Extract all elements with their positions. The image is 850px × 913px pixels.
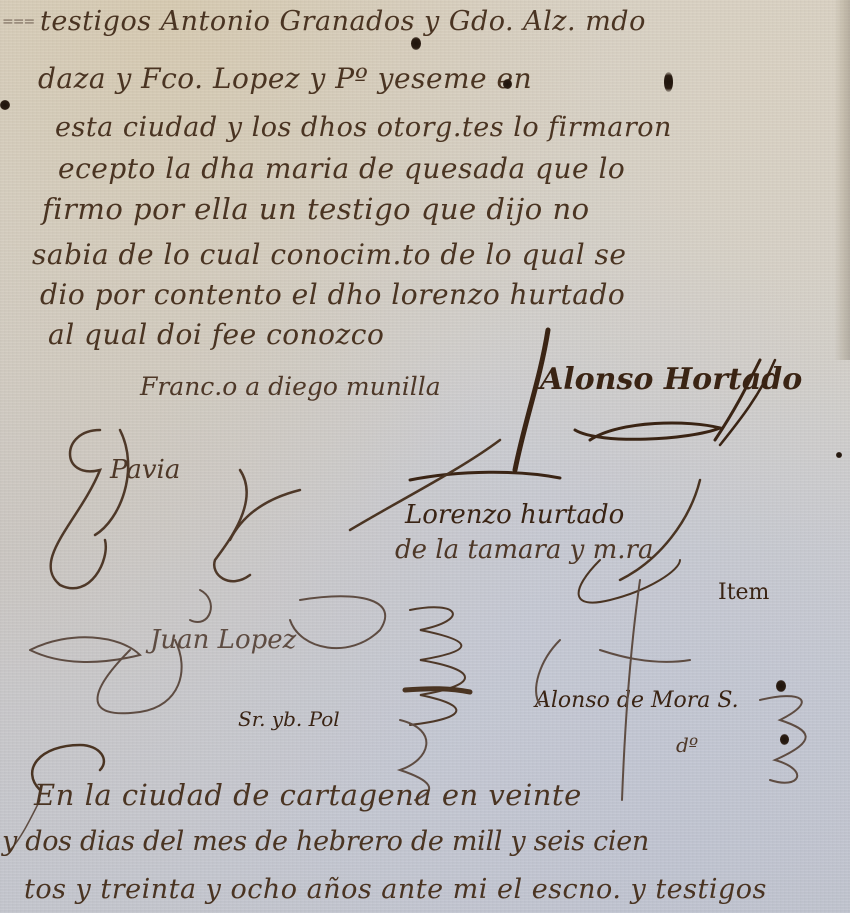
signature-diego-munilla: Franc.o a diego munilla — [140, 372, 441, 401]
signature-small: Sr. yb. Pol — [238, 707, 340, 731]
signature-juan-lopez: Juan Lopez — [150, 625, 296, 655]
body-line-1: testigos Antonio Granados y Gdo. Alz. md… — [40, 6, 646, 37]
closing-line-2: y dos dias del mes de hebrero de mill y … — [2, 826, 649, 857]
body-line-4: ecepto la dha maria de quesada que lo — [58, 152, 625, 185]
signature-alonso-de-mora: Alonso de Mora S. — [535, 688, 739, 713]
signature-pavia: Pavia — [110, 455, 180, 485]
signature-de-la-tamara: de la tamara y m.ra — [395, 535, 653, 565]
body-line-7: dio por contento el dho lorenzo hurtado — [40, 278, 625, 311]
body-line-6: sabia de lo cual conocim.to de lo qual s… — [32, 238, 627, 271]
closing-line-1: En la ciudad de cartagena en veinte — [34, 778, 582, 812]
wormhole — [411, 37, 421, 50]
body-line-2: daza y Fco. Lopez y Pº yeseme en — [38, 62, 532, 95]
wormhole — [0, 100, 10, 110]
signature-lorenzo-hurtado: Lorenzo hurtado — [405, 500, 624, 530]
body-line-5: firmo por ella un testigo que dijo no — [42, 192, 590, 226]
manuscript-page: === testigos Antonio Granados y Gdo. Alz… — [0, 0, 850, 913]
wormhole — [780, 734, 789, 745]
wormhole — [836, 452, 842, 458]
closing-line-3: tos y treinta y ocho años ante mi el esc… — [24, 874, 767, 905]
margin-mark: === — [2, 14, 34, 30]
paper-edge-shadow — [834, 0, 850, 360]
body-line-3: esta ciudad y los dhos otorg.tes lo firm… — [55, 112, 672, 143]
marginal-note-item: Item — [718, 580, 769, 605]
signature-alonso-hortado: Alonso Hortado — [540, 362, 802, 397]
wormhole — [664, 72, 673, 92]
wormhole — [776, 680, 786, 692]
body-line-8: al qual doi fee conozco — [48, 318, 384, 351]
marginal-abbrev: dº — [676, 733, 698, 757]
wormhole — [503, 79, 512, 89]
